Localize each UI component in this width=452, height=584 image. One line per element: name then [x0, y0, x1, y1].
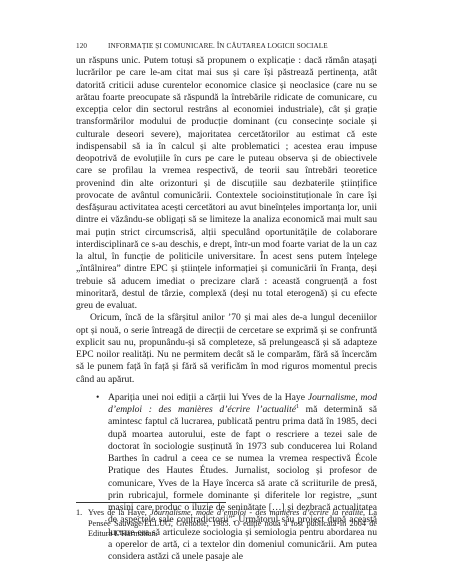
footnote-divider [76, 502, 226, 503]
footnote-number: 1. [76, 508, 82, 519]
paragraph: Oricum, încă de la sfârșitul anilor ’70 … [76, 312, 377, 386]
footnote: 1. Yves de la Haye, Journalisme, mode d’… [76, 508, 377, 540]
bullet-text: Apariția unei noi ediții a cărții lui Yv… [108, 392, 308, 403]
footnotes: 1. Yves de la Haye, Journalisme, mode d’… [76, 508, 377, 540]
page-number: 120 [76, 42, 108, 50]
bullet-icon: • [96, 392, 99, 404]
footnote-text: Yves de la Haye, [88, 508, 150, 517]
paragraph: un răspuns unic. Putem totuși să propune… [76, 55, 377, 312]
body-text: un răspuns unic. Putem totuși să propune… [76, 55, 377, 563]
footnote-book-title: Journalisme, mode d’emploi - des manière… [150, 508, 363, 517]
running-head: 120INFORMAȚIE ȘI COMUNICARE. ÎN CĂUTAREA… [76, 42, 377, 50]
running-head-title: INFORMAȚIE ȘI COMUNICARE. ÎN CĂUTAREA LO… [108, 42, 328, 50]
